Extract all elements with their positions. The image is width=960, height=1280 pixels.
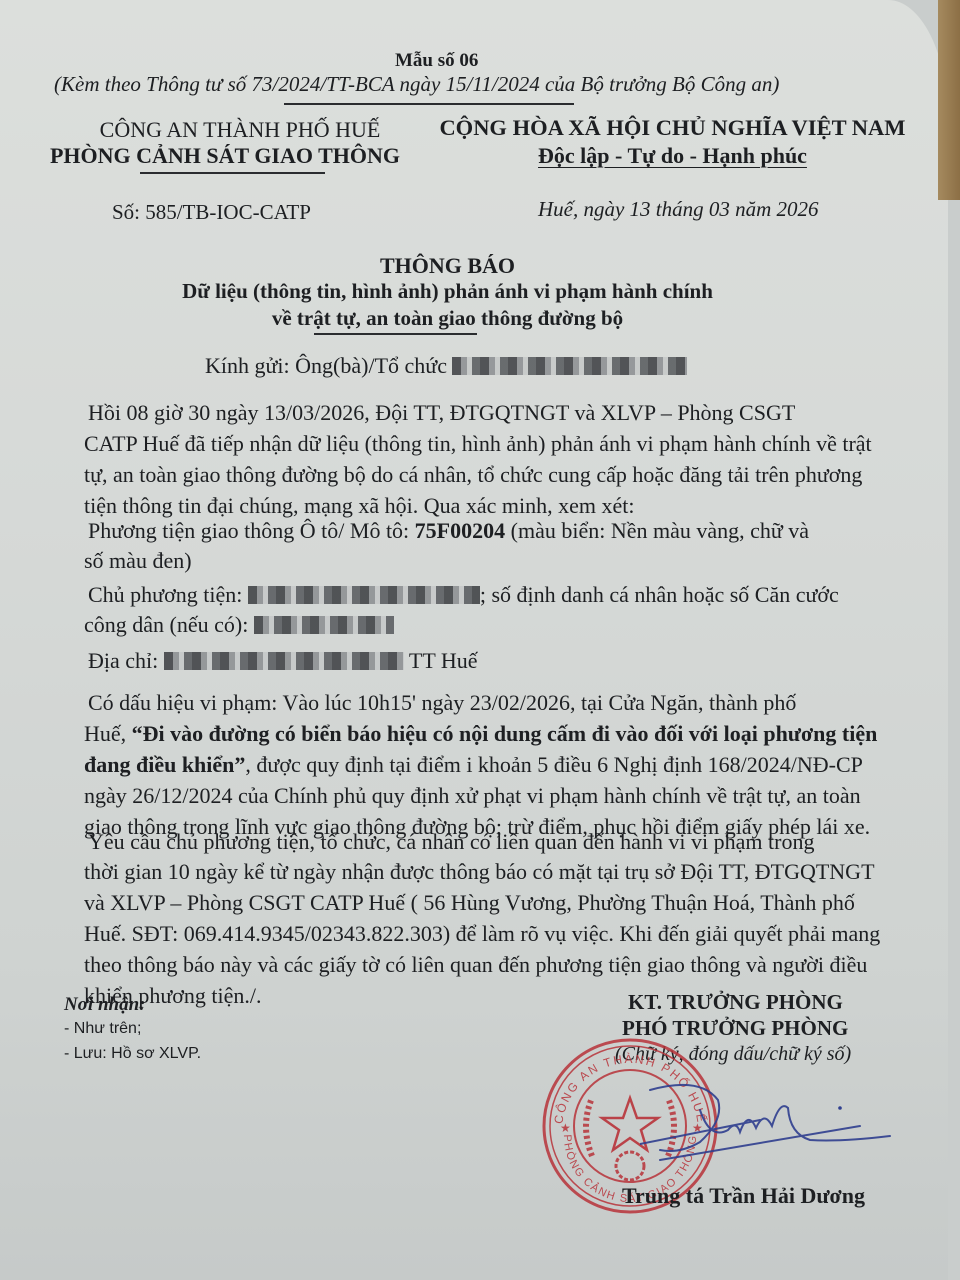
recipient-label: Kính gửi: Ông(bà)/Tổ chức <box>205 353 447 378</box>
notice-subtitle-1: Dữ liệu (thông tin, hình ảnh) phản ánh v… <box>0 279 895 304</box>
agency-name: PHÒNG CẢNH SÁT GIAO THÔNG <box>25 143 425 169</box>
signatory-name: Trung tá Trần Hải Dương <box>622 1183 865 1209</box>
recipient-line: Kính gửi: Ông(bà)/Tổ chức <box>205 353 687 379</box>
license-plate: 75F00204 <box>415 518 505 543</box>
country-name: CỘNG HÒA XÃ HỘI CHỦ NGHĨA VIỆT NAM <box>420 115 925 141</box>
signatory-title: KT. TRƯỞNG PHÒNG <box>628 990 843 1015</box>
intro-paragraph: Hồi 08 giờ 30 ngày 13/03/2026, Đội TT, Đ… <box>88 397 795 428</box>
agency-underline <box>140 172 325 174</box>
form-number: Mẫu số 06 <box>395 50 478 72</box>
notice-subtitle-2: về trật tự, an toàn giao thông đường bộ <box>0 306 895 331</box>
agency-parent: CÔNG AN THÀNH PHỐ HUẾ <box>40 117 440 143</box>
vehicle-line-2: số màu đen) <box>84 548 192 574</box>
notice-title: THÔNG BÁO <box>0 253 895 279</box>
svg-text:★: ★ <box>560 1121 571 1135</box>
id-line: công dân (nếu có): <box>84 612 394 638</box>
document-number: Số: 585/TB-IOC-CATP <box>112 200 311 225</box>
country-motto: Độc lập - Tự do - Hạnh phúc <box>420 143 925 169</box>
request-continued: thời gian 10 ngày kể từ ngày nhận được t… <box>84 856 880 1011</box>
handwritten-signature-icon <box>640 1080 900 1170</box>
address-line: Địa chỉ: TT Huế <box>88 648 478 674</box>
request-paragraph: Yêu cầu chủ phương tiện, tổ chức, cá nhâ… <box>88 826 814 857</box>
redacted-owner-name <box>248 586 480 604</box>
form-reference: (Kèm theo Thông tư số 73/2024/TT-BCA ngà… <box>54 72 779 97</box>
redacted-recipient <box>452 357 687 375</box>
desk-edge <box>938 0 960 200</box>
recipient-item: - Như trên; <box>64 1020 141 1038</box>
intro-line: tự, an toàn giao thông đường bộ do cá nh… <box>84 459 872 490</box>
divider <box>284 103 574 105</box>
title-underline <box>314 333 477 335</box>
recipients-label: Nơi nhận: <box>64 994 145 1016</box>
recipient-item: - Lưu: Hồ sơ XLVP. <box>64 1045 201 1063</box>
vehicle-line: Phương tiện giao thông Ô tô/ Mô tô: 75F0… <box>88 518 809 544</box>
intro-line: CATP Huế đã tiếp nhận dữ liệu (thông tin… <box>84 428 872 459</box>
redacted-id-number <box>254 616 394 634</box>
place-date: Huế, ngày 13 tháng 03 năm 2026 <box>538 197 819 222</box>
redacted-address <box>164 652 404 670</box>
intro-continued: CATP Huế đã tiếp nhận dữ liệu (thông tin… <box>84 428 872 521</box>
violation-continued: Huế, “Đi vào đường có biển báo hiệu có n… <box>84 718 877 842</box>
violation-description-end: đang điều khiển” <box>84 752 245 777</box>
intro-line: tiện thông tin đại chúng, mạng xã hội. Q… <box>84 490 872 521</box>
violation-description: “Đi vào đường có biển báo hiệu có nội du… <box>132 721 878 746</box>
intro-line: Hồi 08 giờ 30 ngày 13/03/2026, Đội TT, Đ… <box>88 397 795 428</box>
owner-line: Chủ phương tiện: ; số định danh cá nhân … <box>88 582 839 608</box>
violation-paragraph: Có dấu hiệu vi phạm: Vào lúc 10h15' ngày… <box>88 687 796 718</box>
